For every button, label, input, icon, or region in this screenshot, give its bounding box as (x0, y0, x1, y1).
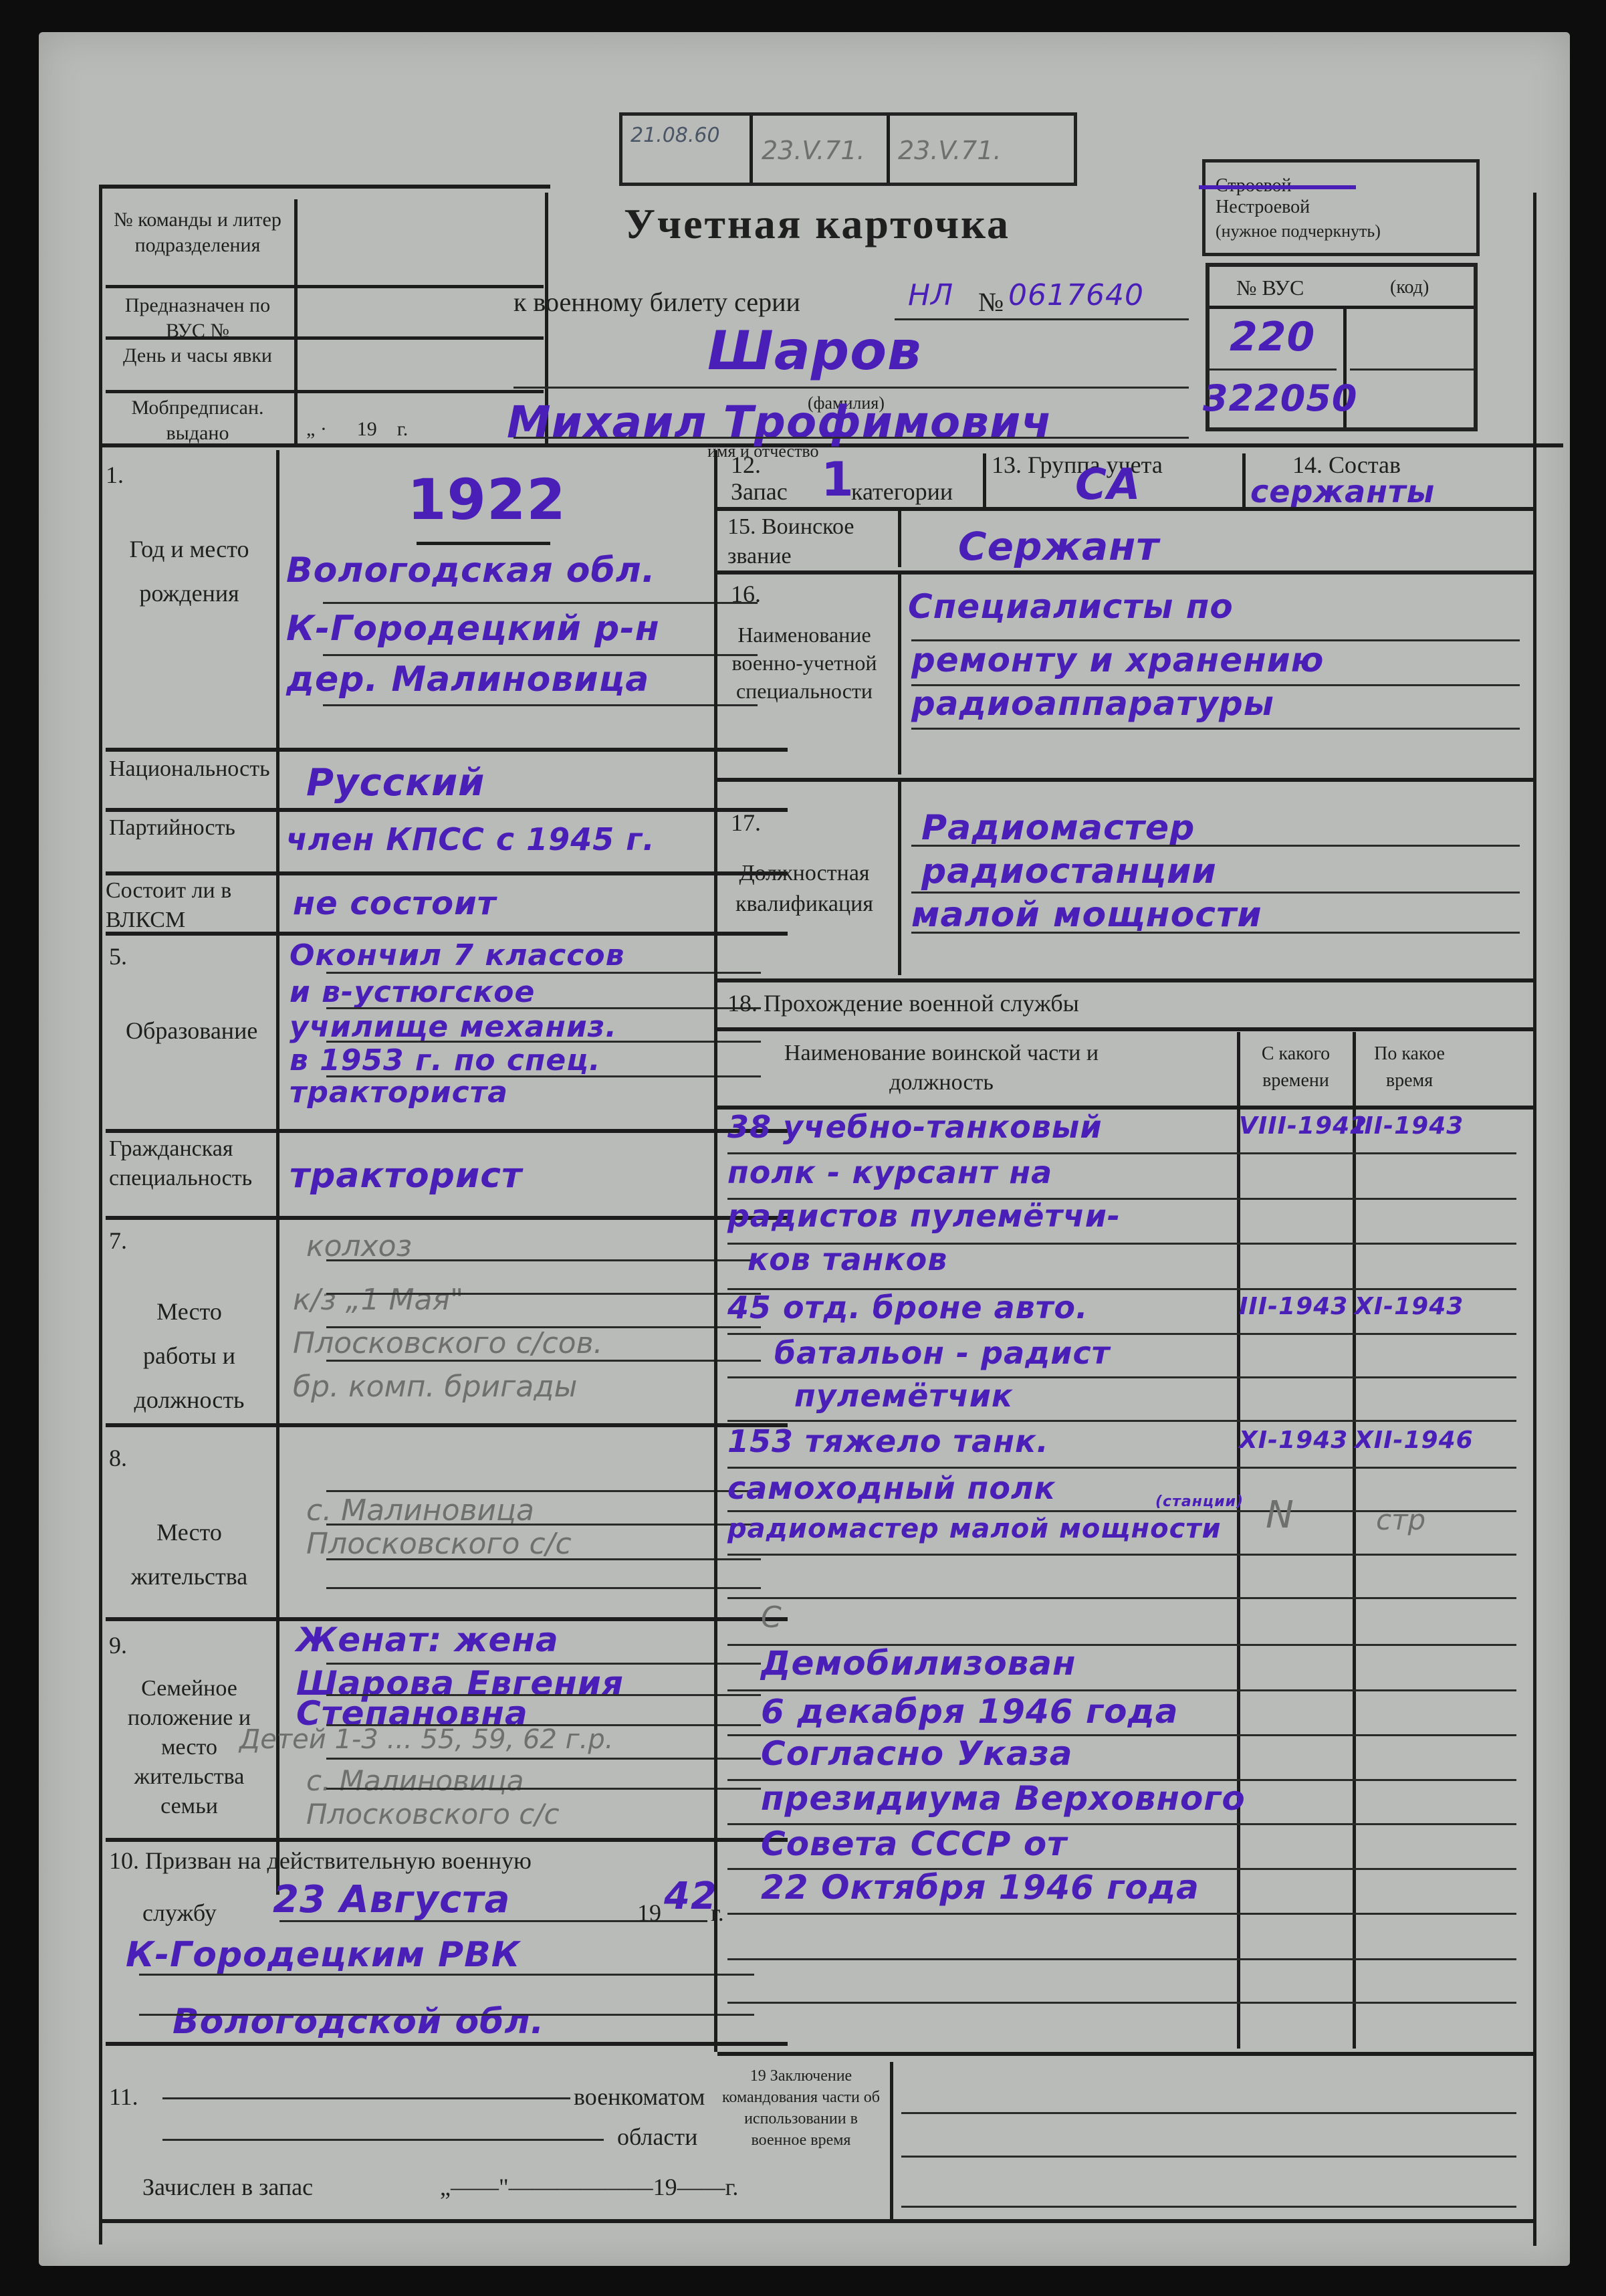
column-header-from: С какого времени (1242, 1041, 1349, 1094)
vus-code[interactable]: 322050 (1203, 377, 1357, 419)
top-stamp-box: 21.08.60 23.V.71. 23.V.71. (619, 112, 1077, 186)
field-10-service-label: службу (142, 1898, 217, 1927)
field-1-label: Год и место рождения (126, 527, 253, 615)
service-row-1-unit-line-1[interactable]: 38 учебно-танковый (727, 1109, 1103, 1145)
field-10-label: 10. Призван на действительную военную (109, 1846, 532, 1875)
stamp-cell-3: 23.V.71. (898, 136, 1002, 165)
family-line-4[interactable]: Детей 1-3 ... 55, 59, 62 г.р. (239, 1724, 614, 1755)
field-16-num: 16. (731, 579, 761, 609)
education-line-1[interactable]: Окончил 7 классов (290, 938, 624, 972)
family-line-6[interactable]: Плосковского с/с (306, 1798, 560, 1831)
vus-header: № ВУС (1236, 275, 1304, 300)
birth-place-line-3[interactable]: дер. Малиновица (286, 659, 649, 700)
service-type-hint: (нужное подчеркнуть) (1216, 219, 1381, 244)
left-header-label-1: № команды и литер подразделения (106, 207, 290, 258)
vus-box: № ВУС (код) 220 322050 (1206, 263, 1478, 431)
field-19-label: 19 Заключение командования части об испо… (721, 2065, 881, 2151)
ticket-series-value[interactable]: НЛ (908, 278, 953, 312)
field-6-label: Гражданская специальность (109, 1134, 269, 1193)
registration-card: 21.08.60 23.V.71. 23.V.71. № команды и л… (39, 32, 1570, 2266)
column-header-to: По какое время (1356, 1041, 1463, 1094)
service-row-1-from[interactable]: VIII-1942 (1239, 1112, 1367, 1140)
education-line-4[interactable]: в 1953 г. по спец. (290, 1043, 601, 1077)
service-row-2-from[interactable]: III-1943 (1239, 1293, 1348, 1320)
field-2-label: Национальность (109, 754, 269, 784)
ticket-series-label: к военному билету серии (513, 286, 800, 318)
ticket-number-value[interactable]: 0617640 (1008, 278, 1144, 312)
stamp-cell-2: 23.V.71. (762, 136, 865, 165)
field-9-num: 9. (109, 1631, 127, 1660)
service-row-1-unit-line-4[interactable]: ков танков (748, 1241, 947, 1277)
field-3-label: Партийность (109, 813, 269, 843)
service-row-2-to[interactable]: XI-1943 (1355, 1293, 1464, 1320)
field-4-label: Состоит ли в ВЛКСМ (106, 876, 273, 935)
civil-specialty-value[interactable]: тракторист (290, 1156, 522, 1196)
service-row-3-pencil-from: N (1266, 1493, 1294, 1537)
service-row-2-unit-line-3[interactable]: пулемётчик (794, 1378, 1013, 1414)
residence-line-1[interactable]: с. Малиновица (306, 1493, 534, 1528)
surname-value[interactable]: Шаров (707, 320, 922, 382)
birth-place-line-1[interactable]: Вологодская обл. (286, 550, 656, 591)
vus-specialty-line-2[interactable]: ремонту и хранению (911, 641, 1324, 680)
demob-line-5[interactable]: Совета СССР от (761, 1824, 1067, 1863)
service-row-3-pencil-to: стр (1376, 1503, 1425, 1536)
mobpredpisanie-date[interactable]: „ · 19 г. (306, 417, 540, 442)
reserve-category[interactable]: 1 (821, 452, 854, 507)
oblast-label: области (617, 2122, 697, 2152)
service-type-noncombatant[interactable]: Нестроевой (1216, 195, 1310, 220)
demob-line-6[interactable]: 22 Октября 1946 года (761, 1868, 1199, 1907)
field-16-label: Наименование военно-учетной специальност… (721, 621, 888, 705)
column-header-unit: Наименование воинской части и должность (761, 1039, 1122, 1098)
work-place-line-4[interactable]: бр. комп. бригады (293, 1370, 577, 1404)
service-row-3-unit-line-1[interactable]: 153 тяжело танк. (727, 1423, 1049, 1459)
family-line-5[interactable]: с. Малиновица (306, 1764, 524, 1797)
conscription-authority-line-2[interactable]: Вологодской обл. (173, 2002, 544, 2042)
reserve-date[interactable]: „——"——————19——г. (440, 2172, 738, 2202)
service-row-1-to[interactable]: III-1943 (1355, 1112, 1464, 1140)
field-12-label-a: Запас (731, 477, 788, 506)
education-line-5[interactable]: тракториста (290, 1075, 508, 1110)
registration-group[interactable]: СА (1075, 460, 1141, 510)
demob-line-3[interactable]: Согласно Указа (761, 1734, 1073, 1773)
birth-year[interactable]: 1922 (386, 467, 587, 532)
given-names-value[interactable]: Михаил Трофимович (507, 397, 1052, 448)
vus-code-header: (код) (1390, 275, 1429, 300)
field-5-label: Образование (126, 1009, 253, 1053)
conscription-authority-line-1[interactable]: К-Городецким РВК (126, 1935, 520, 1975)
field-1-num: 1. (106, 460, 124, 490)
service-row-3-unit-line-2[interactable]: самоходный полк (727, 1470, 1056, 1506)
field-8-num: 8. (109, 1443, 127, 1473)
field-17-num: 17. (731, 808, 761, 837)
education-line-3[interactable]: училище механиз. (290, 1010, 617, 1044)
conscription-year-prefix: 19 (637, 1898, 661, 1927)
service-row-3-to[interactable]: XII-1946 (1355, 1427, 1474, 1454)
komsomol-value[interactable]: не состоит (293, 885, 497, 922)
vus-number[interactable]: 220 (1230, 314, 1315, 360)
vus-specialty-line-3[interactable]: радиоаппаратуры (911, 684, 1274, 723)
service-row-3-unit-line-3[interactable]: радиомастер малой мощности (727, 1514, 1222, 1544)
demob-line-2[interactable]: 6 декабря 1946 года (761, 1692, 1179, 1731)
service-row-3-from[interactable]: XI-1943 (1239, 1427, 1348, 1454)
left-header-label-3: День и часы явки (106, 343, 290, 369)
field-8-label: Место жительства (126, 1510, 253, 1598)
nationality-value[interactable]: Русский (306, 761, 485, 805)
service-row-2-unit-line-2[interactable]: батальон - радист (774, 1335, 1110, 1371)
demob-line-1[interactable]: Демобилизован (761, 1644, 1076, 1683)
reserve-label: Зачислен в запас (142, 2172, 313, 2202)
service-row-3-unit-note[interactable]: (станции) (1155, 1493, 1244, 1510)
birth-place-line-2[interactable]: К-Городецкий р-н (286, 609, 660, 649)
work-place-line-3[interactable]: Плосковского с/сов. (293, 1326, 603, 1360)
military-rank[interactable]: Сержант (958, 524, 1159, 569)
stamp-cell-1: 21.08.60 (630, 124, 720, 147)
work-place-line-2[interactable]: к/з „1 Мая" (293, 1283, 463, 1317)
work-place-line-1[interactable]: колхоз (306, 1229, 412, 1263)
education-line-2[interactable]: и в-устюгское (290, 975, 535, 1009)
field-11-num: 11. (109, 2082, 138, 2111)
left-header-label-4: Мобпредписан. выдано (106, 395, 290, 446)
service-row-4-mark: С (761, 1600, 782, 1635)
field-17-label: Должностная квалификация (721, 858, 888, 920)
field-12-label-b: категории (851, 477, 953, 506)
conscription-date[interactable]: 23 Августа (273, 1878, 510, 1921)
strike-through-mark (1199, 185, 1356, 189)
residence-line-2[interactable]: Плосковского с/с (306, 1527, 572, 1561)
voenkomat-label: военкоматом (574, 2082, 705, 2111)
qualification-line-3[interactable]: малой мощности (911, 895, 1262, 935)
service-type-box: Строевой Нестроевой (нужное подчеркнуть) (1202, 159, 1480, 256)
qualification-line-2[interactable]: радиостанции (921, 851, 1217, 892)
family-line-1[interactable]: Женат: жена (296, 1621, 559, 1659)
page-title: Учетная карточка (624, 199, 1010, 249)
given-names-caption: имя и отчество (707, 441, 819, 461)
qualification-line-1[interactable]: Радиомастер (921, 808, 1195, 848)
demob-line-4[interactable]: президиума Верховного (761, 1779, 1246, 1818)
conscription-year[interactable]: 42 (664, 1875, 717, 1918)
service-row-2-unit-line-1[interactable]: 45 отд. броне авто. (727, 1289, 1088, 1326)
service-history-title: 18. Прохождение военной службы (727, 988, 1079, 1018)
field-7-num: 7. (109, 1226, 127, 1255)
ticket-number-prefix: № (978, 286, 1004, 318)
service-row-1-unit-line-2[interactable]: полк - курсант на (727, 1154, 1052, 1190)
field-12-num: 12. (731, 450, 761, 480)
field-5-num: 5. (109, 942, 127, 971)
party-value[interactable]: член КПСС с 1945 г. (286, 821, 655, 857)
field-15-label: 15. Воинское звание (727, 512, 888, 571)
field-7-label: Место работы и должность (126, 1289, 253, 1422)
service-row-1-unit-line-3[interactable]: радистов пулемётчи- (727, 1198, 1121, 1234)
personnel-composition[interactable]: сержанты (1250, 474, 1435, 510)
vus-specialty-line-1[interactable]: Специалисты по (908, 587, 1234, 626)
